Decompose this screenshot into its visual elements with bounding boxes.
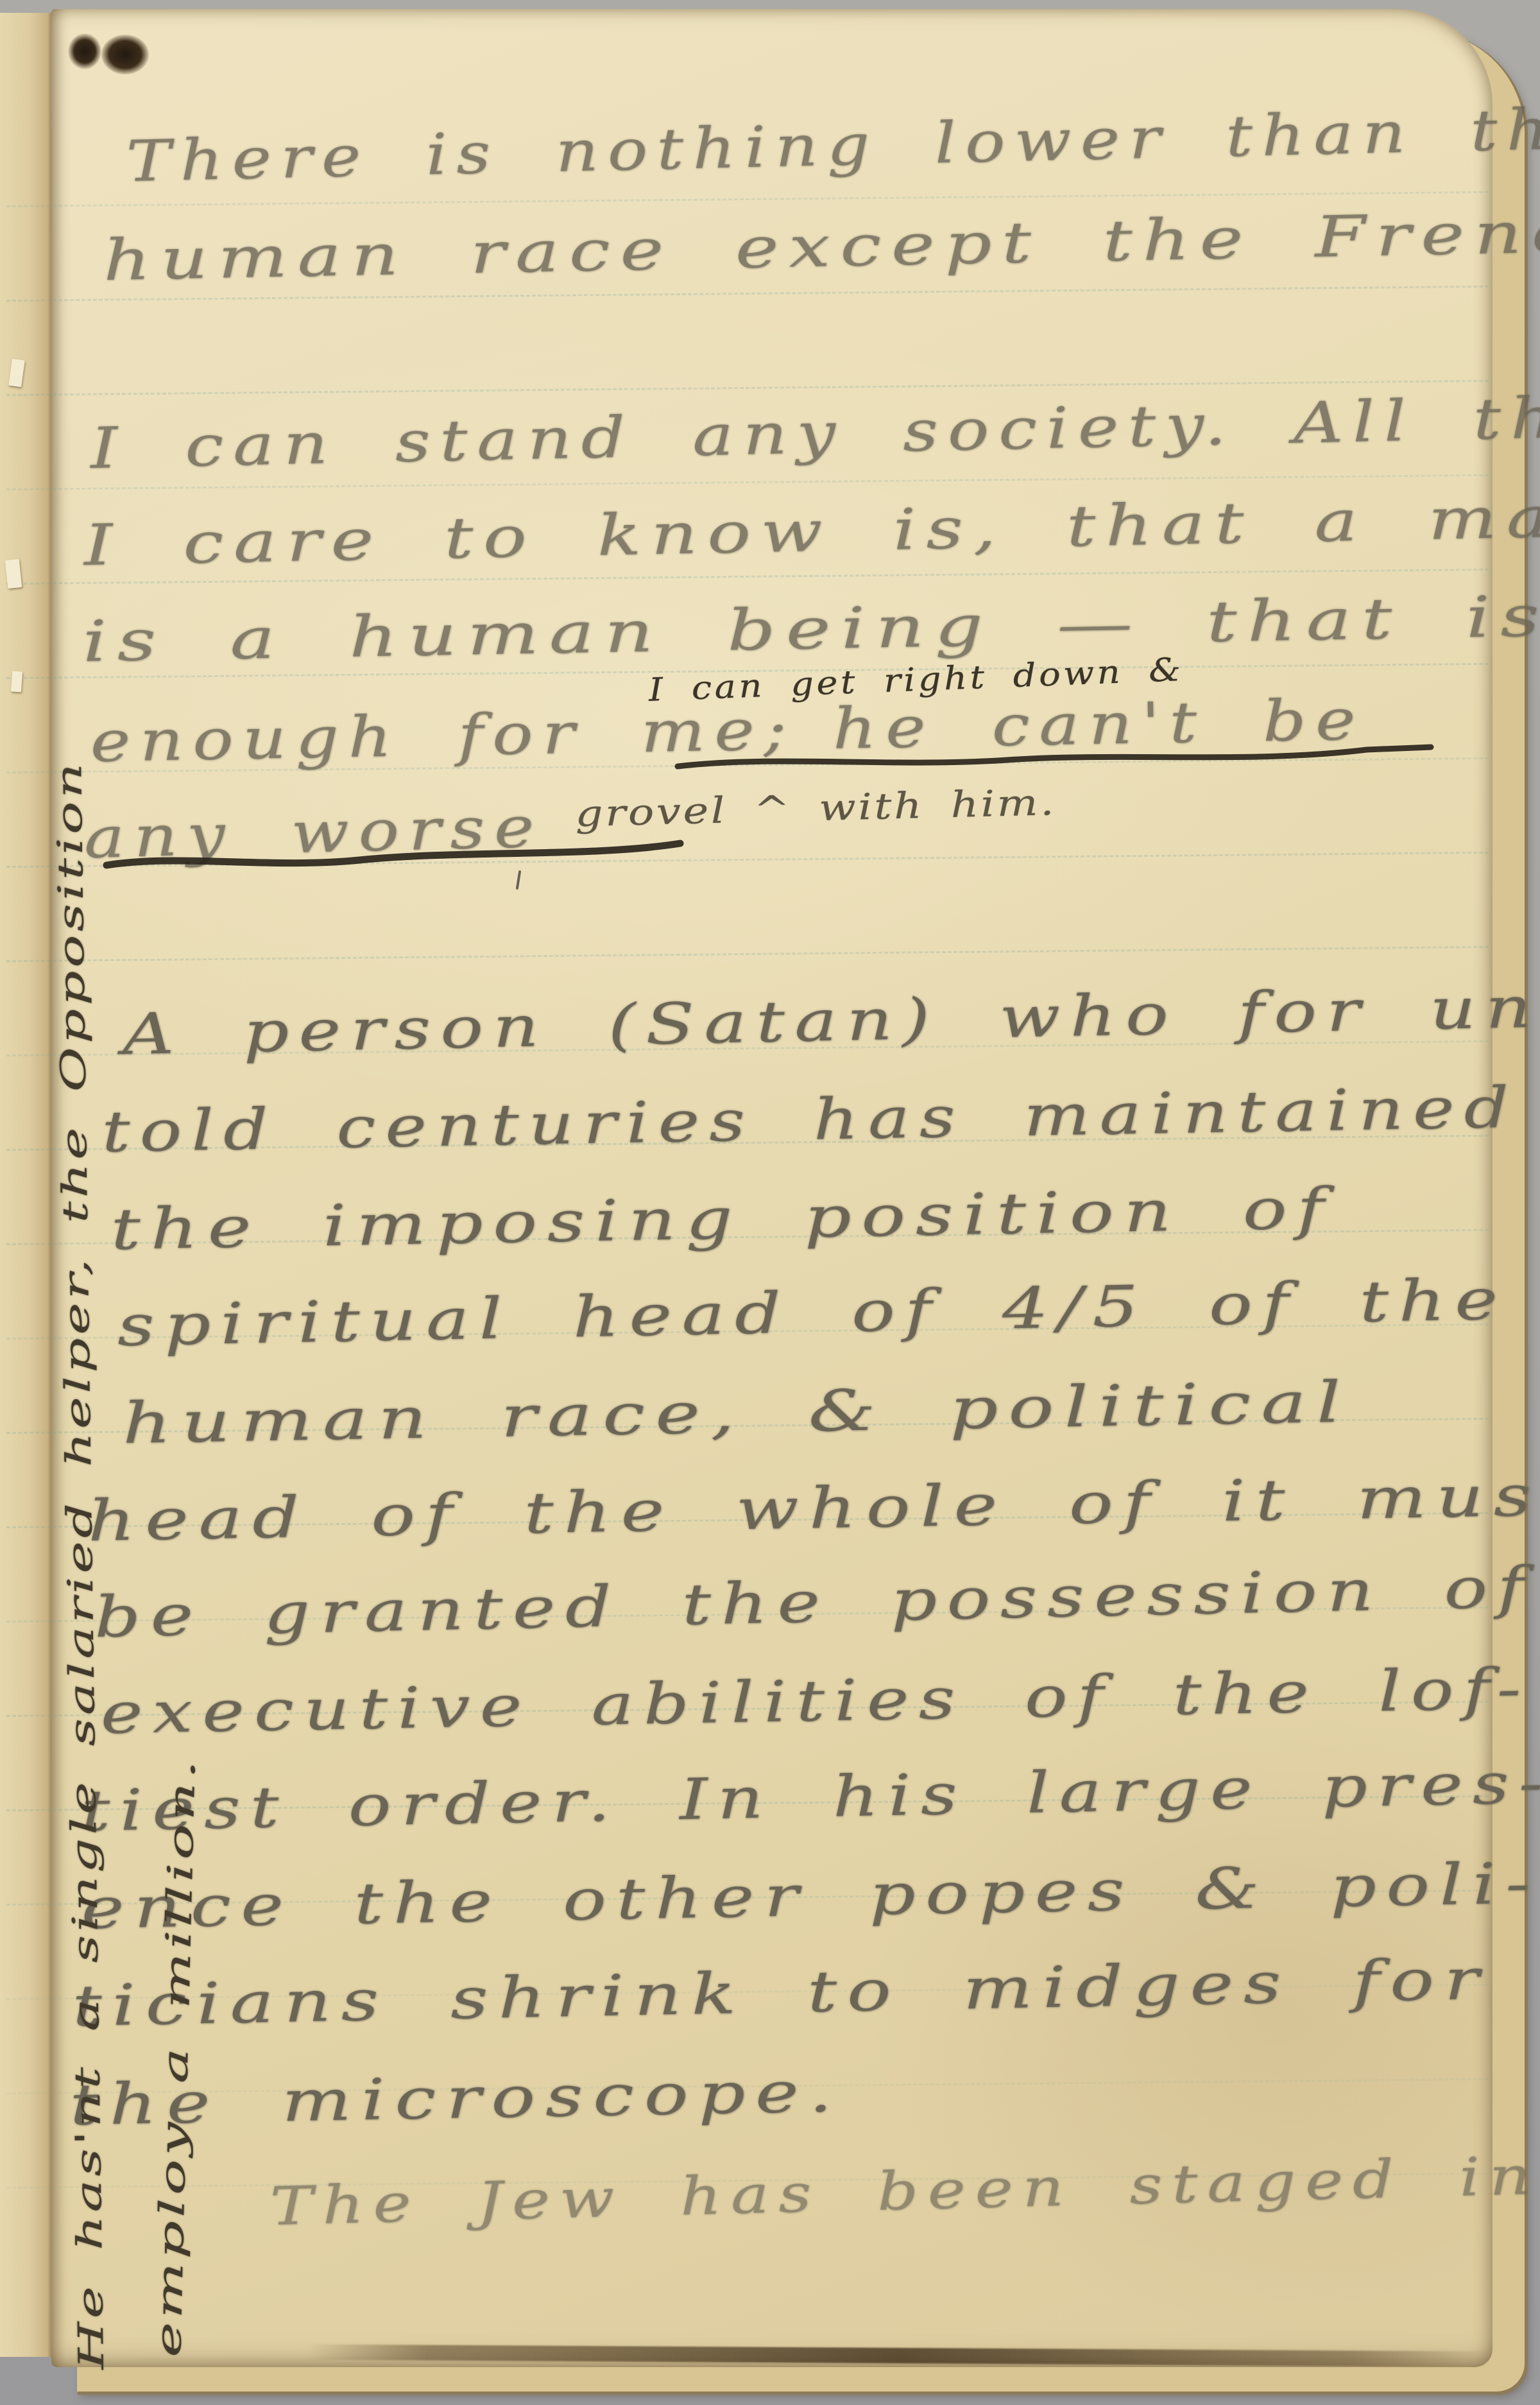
handwriting-line-p3-3: the imposing position of [110, 1180, 1335, 1258]
margin-note-line-2: employ a million. [151, 1756, 201, 2358]
handwriting-layer: There is nothing lower than the human ra… [0, 0, 1540, 2405]
handwriting-line-p3-11: ticians shrink to midges for [72, 1951, 1490, 2035]
handwriting-line-p1-1: There is nothing lower than the [126, 100, 1540, 190]
handwriting-line-p3-5: human race, & political [122, 1374, 1351, 1452]
handwriting-line-p2-3: is a human being — that is [82, 588, 1540, 670]
handwriting-line-p3-1: A person (Satan) who for un- [122, 979, 1540, 1063]
strikethrough-line-2 [103, 832, 693, 877]
handwriting-line-p3-8: executive abilities of the lof- [100, 1660, 1531, 1742]
handwriting-line-p3-10: ence the other popes & poli- [81, 1855, 1540, 1937]
handwriting-line-p3-4: spiritual head of 4/5 of the [117, 1271, 1508, 1354]
margin-note-line-1: He has'nt a single salaried helper, the … [52, 760, 109, 2370]
handwriting-line-p3-2: told centuries has maintained [101, 1079, 1519, 1160]
handwriting-line-p3-7: be granted the possession of [94, 1559, 1534, 1646]
handwriting-line-p3-6: head of the whole of it must [87, 1467, 1540, 1549]
strikethrough-line-1 [674, 738, 1444, 777]
handwriting-line-p3-9: tiest order. In his large pres- [81, 1755, 1540, 1840]
handwriting-line-p4-1: The Jew has been staged in [269, 2150, 1540, 2234]
inserted-phrase-grovel: grovel ^ with him. [575, 782, 1057, 835]
handwriting-line-p1-2: human race except the French [103, 203, 1540, 289]
handwriting-line-p2-1: I can stand any society. All that [90, 388, 1540, 477]
handwriting-line-p2-2: I care to know is, that a man [83, 488, 1540, 574]
